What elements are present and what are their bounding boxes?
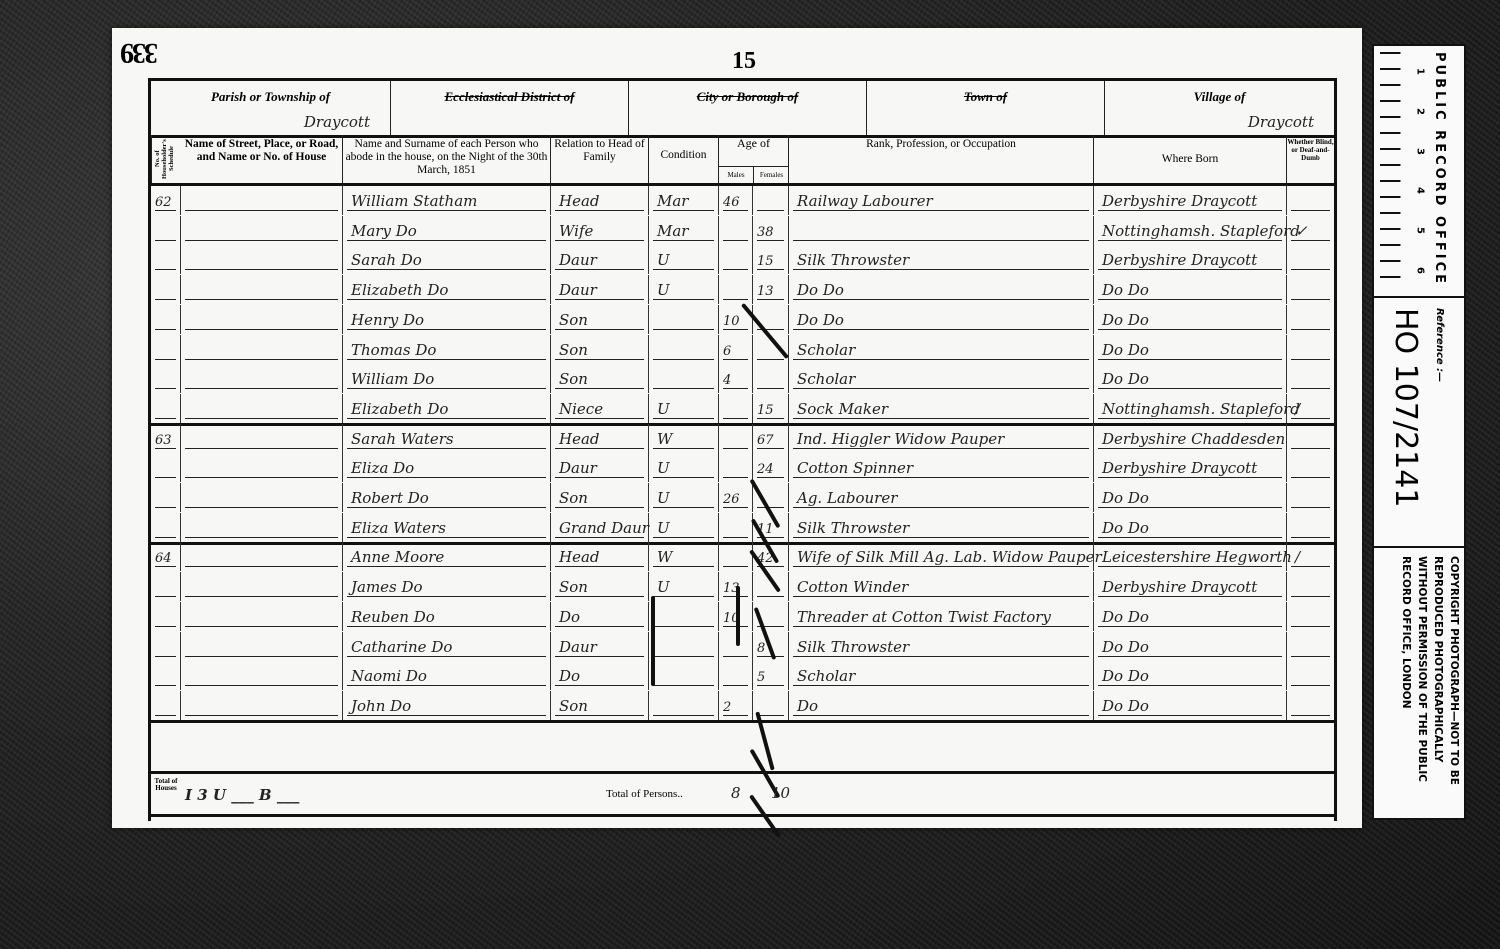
census-row: Robert DoSonU26Ag. LabourerDo Do [151, 483, 1334, 512]
cell-relation: Niece [551, 394, 649, 423]
cell-born: Do Do [1094, 513, 1287, 542]
cell-street [181, 245, 343, 274]
cell-name: James Do [343, 572, 551, 601]
cell-street [181, 364, 343, 393]
cell-name: Eliza Do [343, 453, 551, 482]
cell-blind: ✓ [1287, 216, 1334, 245]
folio-stamp: 339 [122, 36, 158, 68]
archive-title: PUBLIC RECORD OFFICE [1432, 52, 1447, 286]
cell-street [181, 453, 343, 482]
cell-occupation: Silk Throwster [789, 513, 1094, 542]
cell-schedule: 64 [151, 542, 181, 571]
cell-relation: Do [551, 602, 649, 631]
cell-occupation: Silk Throwster [789, 245, 1094, 274]
cell-schedule [151, 513, 181, 542]
cell-condition [649, 661, 719, 690]
total-persons-label: Total of Persons.. [606, 788, 683, 800]
ruler-number: 4 [1415, 181, 1426, 201]
cell-occupation: Ind. Higgler Widow Pauper [789, 424, 1094, 453]
census-row: Elizabeth DoNieceU15Sock MakerNottingham… [151, 394, 1334, 426]
parish-cell: Parish or Township of Draycott [151, 81, 391, 135]
cell-age_m [719, 513, 753, 542]
cell-relation: Daur [551, 245, 649, 274]
census-table: Parish or Township of Draycott Ecclesias… [148, 78, 1337, 821]
cell-condition: U [649, 453, 719, 482]
cell-relation: Grand Daur [551, 513, 649, 542]
cell-name: Elizabeth Do [343, 394, 551, 423]
page-number: 15 [732, 48, 756, 75]
cell-condition: Mar [649, 216, 719, 245]
cell-occupation: Cotton Spinner [789, 453, 1094, 482]
census-row: Mary DoWifeMar38Nottinghamsh. Stapleford… [151, 216, 1334, 245]
col-blind-deaf: Whether Blind, or Deaf-and-Dumb [1287, 135, 1334, 183]
cell-occupation [789, 216, 1094, 245]
town-cell: Town of [867, 81, 1105, 135]
cell-condition [649, 364, 719, 393]
cell-age_f: 67 [753, 424, 789, 453]
cell-condition: U [649, 394, 719, 423]
cell-blind [1287, 245, 1334, 274]
cell-schedule: 63 [151, 424, 181, 453]
cell-born: Do Do [1094, 483, 1287, 512]
reference-value: HO 107/2141 [1388, 308, 1423, 507]
cell-schedule [151, 305, 181, 334]
cell-schedule [151, 275, 181, 304]
cell-condition [649, 691, 719, 720]
cell-born: Derbyshire Draycott [1094, 186, 1287, 215]
ruler-number: 1 [1415, 62, 1426, 82]
cell-condition [649, 602, 719, 631]
cell-condition: U [649, 483, 719, 512]
cell-street [181, 632, 343, 661]
census-row: Henry DoSon10Do DoDo Do [151, 305, 1334, 334]
cell-street [181, 216, 343, 245]
cell-schedule [151, 453, 181, 482]
cell-street [181, 305, 343, 334]
column-headers: No. of Householder's Schedule Name of St… [151, 135, 1334, 186]
cell-blind [1287, 572, 1334, 601]
cell-name: Robert Do [343, 483, 551, 512]
census-row: 64Anne MooreHeadW42Wife of Silk Mill Ag.… [151, 542, 1334, 571]
cell-age_m: 26 [719, 483, 753, 512]
cell-condition: U [649, 572, 719, 601]
cell-street [181, 602, 343, 631]
cell-name: Sarah Do [343, 245, 551, 274]
census-row: James DoSonU13Cotton WinderDerbyshire Dr… [151, 572, 1334, 601]
reference-label: Reference :— [1434, 308, 1445, 382]
cell-age_m [719, 424, 753, 453]
cell-age_m [719, 245, 753, 274]
cell-relation: Son [551, 483, 649, 512]
census-row: Sarah DoDaurU15Silk ThrowsterDerbyshire … [151, 245, 1334, 274]
cell-blind: / [1287, 542, 1334, 571]
cell-schedule [151, 572, 181, 601]
cell-age_f: 13 [753, 275, 789, 304]
cell-blind [1287, 632, 1334, 661]
public-record-office-label: 123456 PUBLIC RECORD OFFICE Reference :—… [1372, 44, 1466, 820]
cell-relation: Wife [551, 216, 649, 245]
city-cell: City or Borough of [629, 81, 867, 135]
cell-blind [1287, 335, 1334, 364]
cell-born: Do Do [1094, 661, 1287, 690]
cell-schedule [151, 335, 181, 364]
cell-name: Sarah Waters [343, 424, 551, 453]
ruler-number: 6 [1415, 260, 1426, 280]
cell-blind [1287, 186, 1334, 215]
cell-age_m [719, 216, 753, 245]
total-males: 8 [731, 784, 741, 802]
cell-relation: Son [551, 572, 649, 601]
cell-relation: Head [551, 186, 649, 215]
total-houses-value: I 3 U ___ B ___ [185, 786, 299, 804]
cell-blind [1287, 275, 1334, 304]
cell-condition: U [649, 245, 719, 274]
cell-occupation: Silk Throwster [789, 632, 1094, 661]
cell-relation: Daur [551, 275, 649, 304]
cell-occupation: Scholar [789, 335, 1094, 364]
cell-age_f: 5 [753, 661, 789, 690]
census-row: 62William StathamHeadMar46Railway Labour… [151, 186, 1334, 215]
cell-street [181, 572, 343, 601]
total-females: 10 [771, 784, 790, 802]
cell-relation: Son [551, 335, 649, 364]
village-value: Draycott [1248, 113, 1314, 131]
cell-occupation: Scholar [789, 364, 1094, 393]
cell-schedule [151, 632, 181, 661]
cell-occupation: Scholar [789, 661, 1094, 690]
cell-name: Naomi Do [343, 661, 551, 690]
cell-schedule [151, 483, 181, 512]
cell-age_m [719, 453, 753, 482]
cell-born: Derbyshire Draycott [1094, 245, 1287, 274]
cell-schedule [151, 691, 181, 720]
village-cell: Village of Draycott [1105, 81, 1334, 135]
cell-blind [1287, 602, 1334, 631]
cell-condition: U [649, 513, 719, 542]
cell-age_m: 2 [719, 691, 753, 720]
parish-value: Draycott [304, 113, 370, 131]
cell-name: John Do [343, 691, 551, 720]
cell-name: Catharine Do [343, 632, 551, 661]
cell-born: Do Do [1094, 364, 1287, 393]
cell-schedule [151, 216, 181, 245]
cell-age_m [719, 394, 753, 423]
totals-row: Total of Houses I 3 U ___ B ___ Total of… [151, 771, 1334, 817]
census-row: Reuben DoDo10Threader at Cotton Twist Fa… [151, 602, 1334, 631]
cell-blind [1287, 513, 1334, 542]
district-header: Parish or Township of Draycott Ecclesias… [151, 81, 1334, 138]
cell-schedule [151, 394, 181, 423]
cell-blind [1287, 691, 1334, 720]
col-where-born: Where Born [1094, 135, 1287, 183]
cell-street [181, 186, 343, 215]
cell-street [181, 483, 343, 512]
cell-blind [1287, 661, 1334, 690]
census-row: William DoSon4ScholarDo Do [151, 364, 1334, 393]
cell-occupation: Sock Maker [789, 394, 1094, 423]
census-row: Thomas DoSon6ScholarDo Do [151, 335, 1334, 364]
cell-age_f: 15 [753, 245, 789, 274]
ruler-number: 5 [1415, 220, 1426, 240]
cell-age_m: 46 [719, 186, 753, 215]
census-row: Eliza DoDaurU24Cotton SpinnerDerbyshire … [151, 453, 1334, 482]
cell-street [181, 513, 343, 542]
cell-born: Do Do [1094, 335, 1287, 364]
cell-relation: Son [551, 691, 649, 720]
col-relation: Relation to Head of Family [551, 135, 649, 183]
cell-name: Reuben Do [343, 602, 551, 631]
cell-condition: Mar [649, 186, 719, 215]
census-row: John DoSon2DoDo Do [151, 691, 1334, 723]
cell-name: William Do [343, 364, 551, 393]
cell-relation: Son [551, 305, 649, 334]
col-condition: Condition [649, 135, 719, 183]
cell-born: Do Do [1094, 602, 1287, 631]
cell-condition: U [649, 275, 719, 304]
cell-age_f [753, 364, 789, 393]
census-row: Elizabeth DoDaurU13Do DoDo Do [151, 275, 1334, 304]
cell-relation: Head [551, 424, 649, 453]
cell-age_f: 38 [753, 216, 789, 245]
cell-age_m: 6 [719, 335, 753, 364]
census-row: Eliza WatersGrand DaurU11Silk ThrowsterD… [151, 513, 1334, 545]
cell-born: Derbyshire Draycott [1094, 572, 1287, 601]
cell-blind [1287, 483, 1334, 512]
cell-occupation: Wife of Silk Mill Ag. Lab. Widow Pauper [789, 542, 1094, 571]
cell-name: Thomas Do [343, 335, 551, 364]
col-street: Name of Street, Place, or Road, and Name… [181, 135, 343, 183]
cell-age_m [719, 275, 753, 304]
ruler-number: 2 [1415, 101, 1426, 121]
cell-condition [649, 632, 719, 661]
cell-street [181, 275, 343, 304]
cell-street [181, 394, 343, 423]
cell-street [181, 661, 343, 690]
cell-condition [649, 335, 719, 364]
ruler-numbers: 123456 [1410, 52, 1430, 290]
cell-name: Eliza Waters [343, 513, 551, 542]
cell-born: Do Do [1094, 275, 1287, 304]
cell-occupation: Do Do [789, 305, 1094, 334]
cell-name: William Statham [343, 186, 551, 215]
cell-occupation: Railway Labourer [789, 186, 1094, 215]
cell-born: Do Do [1094, 632, 1287, 661]
cell-occupation: Do [789, 691, 1094, 720]
total-houses-label: Total of Houses [153, 778, 179, 792]
cell-age_f: 24 [753, 453, 789, 482]
cell-condition: W [649, 542, 719, 571]
census-page: 339 15 Parish or Township of Draycott Ec… [112, 28, 1362, 828]
cell-relation: Daur [551, 453, 649, 482]
cell-age_f [753, 186, 789, 215]
copyright-notice: COPYRIGHT PHOTOGRAPH—NOT TO BE REPRODUCE… [1378, 556, 1462, 812]
cell-blind [1287, 305, 1334, 334]
cell-born: Leicestershire Hegworth [1094, 542, 1287, 571]
cell-blind [1287, 364, 1334, 393]
cell-name: Elizabeth Do [343, 275, 551, 304]
cell-occupation: Ag. Labourer [789, 483, 1094, 512]
cell-name: Anne Moore [343, 542, 551, 571]
census-row: Naomi DoDo5ScholarDo Do [151, 661, 1334, 690]
cell-condition [649, 305, 719, 334]
cell-born: Derbyshire Draycott [1094, 453, 1287, 482]
census-row: 63Sarah WatersHeadW67Ind. Higgler Widow … [151, 424, 1334, 453]
cell-occupation: Do Do [789, 275, 1094, 304]
cell-relation: Do [551, 661, 649, 690]
cell-born: Do Do [1094, 305, 1287, 334]
tally-mark [651, 596, 655, 686]
cell-born: Derbyshire Chaddesden [1094, 424, 1287, 453]
census-row: Catharine DoDaur8Silk ThrowsterDo Do [151, 632, 1334, 661]
col-age: Age of Males Females [719, 135, 789, 183]
cell-name: Mary Do [343, 216, 551, 245]
cell-street [181, 335, 343, 364]
cell-blind: / [1287, 394, 1334, 423]
cell-age_f: 15 [753, 394, 789, 423]
cell-schedule [151, 661, 181, 690]
cell-street [181, 542, 343, 571]
cell-born: Nottinghamsh. Stapleford [1094, 394, 1287, 423]
cell-street [181, 424, 343, 453]
cell-schedule [151, 245, 181, 274]
cell-schedule [151, 364, 181, 393]
cell-condition: W [649, 424, 719, 453]
cell-age_m: 4 [719, 364, 753, 393]
cell-relation: Daur [551, 632, 649, 661]
empty-row [151, 721, 1334, 750]
cell-born: Nottinghamsh. Stapleford [1094, 216, 1287, 245]
cell-blind [1287, 453, 1334, 482]
cell-age_m [719, 542, 753, 571]
cell-born: Do Do [1094, 691, 1287, 720]
cell-schedule: 62 [151, 186, 181, 215]
cell-schedule [151, 602, 181, 631]
cell-blind [1287, 424, 1334, 453]
tally-mark [736, 586, 740, 646]
ruler-number: 3 [1415, 141, 1426, 161]
col-schedule: No. of Householder's Schedule [151, 135, 181, 183]
col-name: Name and Surname of each Person who abod… [343, 135, 551, 183]
cell-age_m [719, 661, 753, 690]
ecclesiastical-cell: Ecclesiastical District of [391, 81, 629, 135]
cell-occupation: Threader at Cotton Twist Factory [789, 602, 1094, 631]
col-occupation: Rank, Profession, or Occupation [789, 135, 1094, 183]
cell-relation: Head [551, 542, 649, 571]
cell-occupation: Cotton Winder [789, 572, 1094, 601]
cell-name: Henry Do [343, 305, 551, 334]
cell-street [181, 691, 343, 720]
cell-relation: Son [551, 364, 649, 393]
